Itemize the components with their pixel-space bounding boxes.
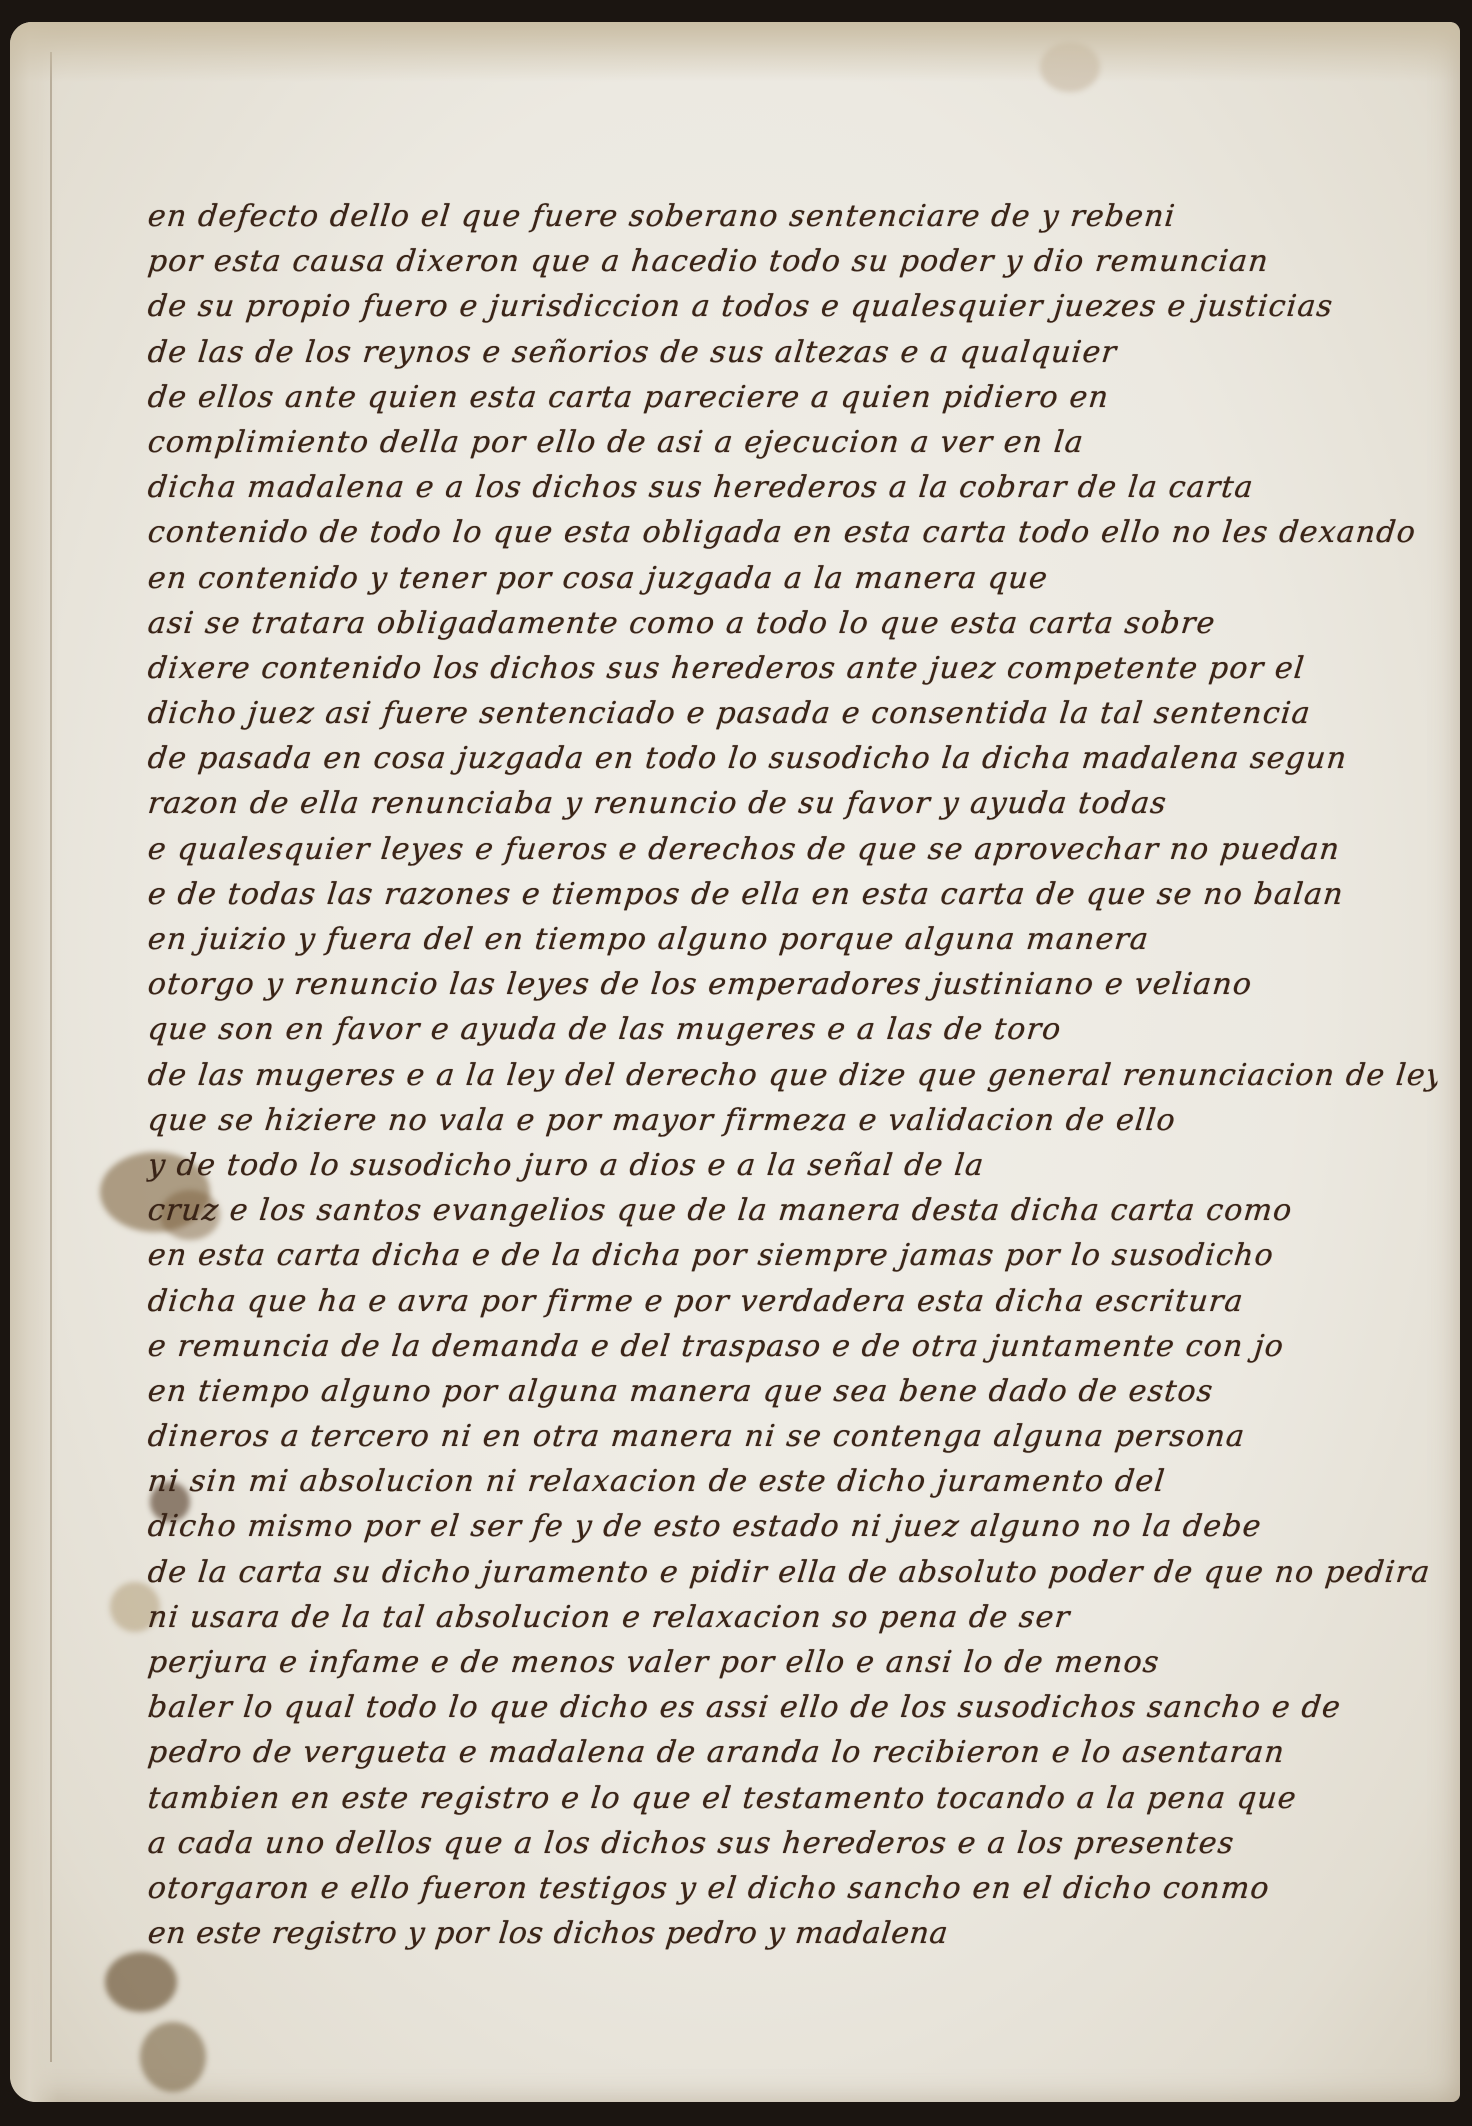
handwritten-text-block: en defecto dello el que fuere soberano s… <box>148 194 1438 1956</box>
manuscript-line: de la carta su dicho juramento e pidir e… <box>146 1550 1441 1595</box>
manuscript-line: otorgaron e ello fueron testigos y el di… <box>146 1866 1441 1911</box>
manuscript-line: dicho juez asi fuere sentenciado e pasad… <box>146 691 1441 736</box>
manuscript-line: dicha que ha e avra por firme e por verd… <box>146 1279 1441 1324</box>
manuscript-line: en juizio y fuera del en tiempo alguno p… <box>146 917 1441 962</box>
manuscript-line: e remuncia de la demanda e del traspaso … <box>146 1324 1441 1369</box>
manuscript-line: y de todo lo susodicho juro a dios e a l… <box>146 1143 1441 1188</box>
foxing-stain <box>1040 42 1100 92</box>
manuscript-line: en tiempo alguno por alguna manera que s… <box>146 1369 1441 1414</box>
manuscript-line: que se hiziere no vala e por mayor firme… <box>146 1098 1441 1143</box>
manuscript-line: pedro de vergueta e madalena de aranda l… <box>146 1730 1441 1775</box>
manuscript-line: ni sin mi absolucion ni relaxacion de es… <box>146 1459 1441 1504</box>
manuscript-line: perjura e infame e de menos valer por el… <box>146 1640 1441 1685</box>
water-stain <box>105 1952 177 2012</box>
binding-fold-line <box>50 52 52 2062</box>
manuscript-line: en este registro y por los dichos pedro … <box>146 1911 1441 1956</box>
manuscript-line: dicho mismo por el ser fe y de esto esta… <box>146 1504 1441 1549</box>
manuscript-page: en defecto dello el que fuere soberano s… <box>10 22 1460 2102</box>
manuscript-line: de su propio fuero e jurisdiccion a todo… <box>146 284 1441 329</box>
manuscript-line: complimiento della por ello de asi a eje… <box>146 420 1441 465</box>
manuscript-line: dicha madalena e a los dichos sus herede… <box>146 465 1441 510</box>
manuscript-line: asi se tratara obligadamente como a todo… <box>146 601 1441 646</box>
manuscript-line: otorgo y renuncio las leyes de los emper… <box>146 962 1441 1007</box>
manuscript-line: de las mugeres e a la ley del derecho qu… <box>146 1053 1441 1098</box>
manuscript-line: a cada uno dellos que a los dichos sus h… <box>146 1821 1441 1866</box>
water-stain <box>140 2022 206 2092</box>
manuscript-line: e de todas las razones e tiempos de ella… <box>146 872 1441 917</box>
manuscript-line: baler lo qual todo lo que dicho es assi … <box>146 1685 1441 1730</box>
manuscript-line: en defecto dello el que fuere soberano s… <box>146 194 1441 239</box>
manuscript-line: por esta causa dixeron que a hacedio tod… <box>146 239 1441 284</box>
manuscript-line: ni usara de la tal absolucion e relaxaci… <box>146 1595 1441 1640</box>
manuscript-line: contenido de todo lo que esta obligada e… <box>146 510 1441 555</box>
manuscript-line: dineros a tercero ni en otra manera ni s… <box>146 1414 1441 1459</box>
manuscript-line: de las de los reynos e señorios de sus a… <box>146 330 1441 375</box>
scanned-manuscript: en defecto dello el que fuere soberano s… <box>0 0 1472 2126</box>
manuscript-line: e qualesquier leyes e fueros e derechos … <box>146 827 1441 872</box>
manuscript-line: tambien en este registro e lo que el tes… <box>146 1776 1441 1821</box>
manuscript-line: razon de ella renunciaba y renuncio de s… <box>146 781 1441 826</box>
manuscript-line: de ellos ante quien esta carta pareciere… <box>146 375 1441 420</box>
manuscript-line: en esta carta dicha e de la dicha por si… <box>146 1233 1441 1278</box>
manuscript-line: que son en favor e ayuda de las mugeres … <box>146 1007 1441 1052</box>
manuscript-line: de pasada en cosa juzgada en todo lo sus… <box>146 736 1441 781</box>
manuscript-line: en contenido y tener por cosa juzgada a … <box>146 556 1441 601</box>
manuscript-line: dixere contenido los dichos sus heredero… <box>146 646 1441 691</box>
manuscript-line: cruz e los santos evangelios que de la m… <box>146 1188 1441 1233</box>
